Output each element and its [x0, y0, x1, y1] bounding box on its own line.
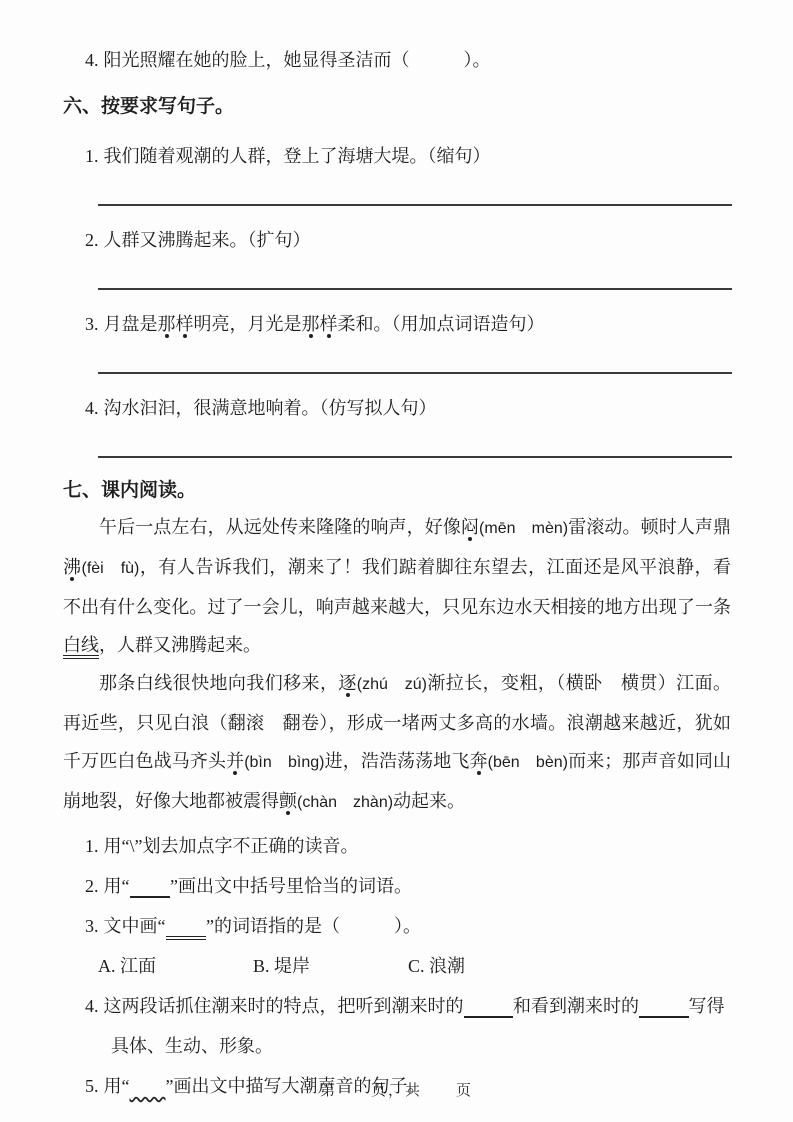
section-six-item-4: 4.沟水汩汩，很满意地响着。（仿写拟人句） [85, 394, 731, 422]
option-text: 堤岸 [274, 956, 310, 976]
option-b: B. 堤岸 [253, 946, 408, 986]
passage-paragraph-1: 午后一点左右，从远处传来隆隆的响声，好像闷(mēn mèn)雷滚动。顿时人声鼎沸… [63, 508, 731, 664]
reading-passage: 午后一点左右，从远处传来隆隆的响声，好像闷(mēn mèn)雷滚动。顿时人声鼎沸… [63, 508, 731, 822]
fill-in-question-4: 4.阳光照耀在她的脸上，她显得圣洁而（ ）。 [85, 46, 731, 74]
section-six-item-2: 2.人群又沸腾起来。（扩句） [85, 226, 731, 254]
option-label: C. [408, 956, 425, 976]
question-text: 我们随着观潮的人群，登上了海塘大堤。（缩句） [104, 146, 491, 166]
answer-line-4 [98, 456, 732, 458]
question-number: 4. [85, 996, 99, 1016]
question-number: 1. [85, 146, 99, 166]
question-number: 4. [85, 398, 99, 418]
question-text: 用“ ”画出文中括号里恰当的词语。 [104, 876, 413, 898]
reading-question-4: 4.这两段话抓住潮来时的特点，把听到潮来时的 和看到潮来时的 写得具体、生动、形… [85, 986, 731, 1066]
passage-paragraph-2: 那条白线很快地向我们移来，逐(zhú zú)渐拉长，变粗，（横卧 横贯）江面。再… [63, 664, 731, 822]
reading-question-3: 3.文中画“ ”的词语指的是（ ）。 [85, 906, 731, 946]
page-footer: 第 页，共 页 [0, 1079, 793, 1100]
question-text: 沟水汩汩，很满意地响着。（仿写拟人句） [104, 398, 437, 418]
section-six-title: 六、按要求写句子。 [63, 92, 731, 122]
reading-question-1: 1.用“\”划去加点字不正确的读音。 [85, 826, 731, 866]
question-text: 月盘是那样明亮，月光是那样柔和。（用加点词语造句） [104, 314, 545, 334]
answer-line-3 [98, 372, 732, 374]
option-text: 浪潮 [429, 956, 465, 976]
option-c: C. 浪潮 [408, 946, 563, 986]
question-text: 阳光照耀在她的脸上，她显得圣洁而（ ）。 [104, 50, 491, 70]
question-number: 4. [85, 50, 99, 70]
question-text: 人群又沸腾起来。（扩句） [104, 230, 311, 250]
question-number: 3. [85, 314, 99, 334]
question-number: 3. [85, 916, 99, 936]
question-number: 1. [85, 836, 99, 856]
worksheet-page: 4.阳光照耀在她的脸上，她显得圣洁而（ ）。 六、按要求写句子。 1.我们随着观… [0, 0, 793, 1122]
option-label: A. [98, 956, 116, 976]
answer-line-1 [98, 204, 732, 206]
question-number: 2. [85, 876, 99, 896]
option-a: A. 江面 [98, 946, 253, 986]
question-text: 这两段话抓住潮来时的特点，把听到潮来时的 和看到潮来时的 写得具体、生动、形象。 [104, 996, 725, 1056]
answer-line-2 [98, 288, 732, 290]
section-seven-title: 七、课内阅读。 [63, 476, 731, 506]
option-label: B. [253, 956, 270, 976]
reading-question-2: 2.用“ ”画出文中括号里恰当的词语。 [85, 866, 731, 906]
section-six-item-1: 1.我们随着观潮的人群，登上了海塘大堤。（缩句） [85, 142, 731, 170]
question-text: 用“\”划去加点字不正确的读音。 [104, 836, 359, 856]
question-text: 文中画“ ”的词语指的是（ ）。 [104, 916, 422, 940]
option-text: 江面 [120, 956, 156, 976]
question-number: 2. [85, 230, 99, 250]
choice-options-row: A. 江面 B. 堤岸 C. 浪潮 [98, 946, 731, 986]
section-six-item-3: 3.月盘是那样明亮，月光是那样柔和。（用加点词语造句） [85, 310, 731, 338]
